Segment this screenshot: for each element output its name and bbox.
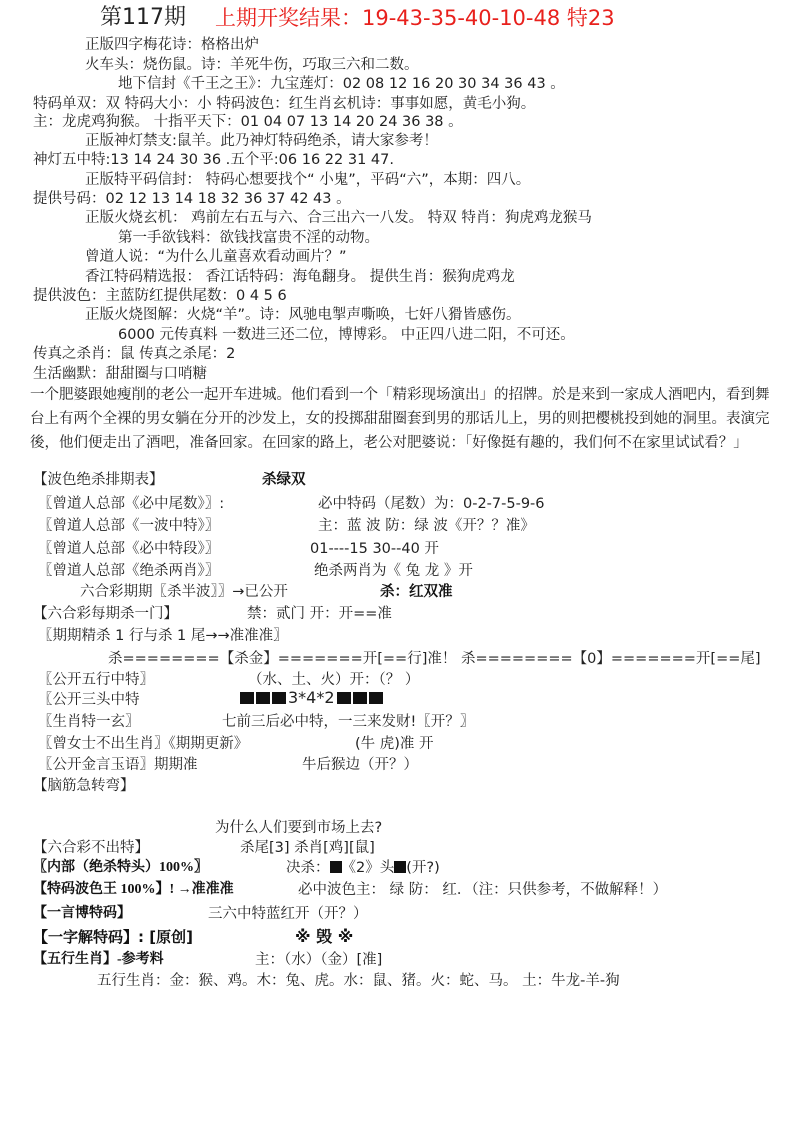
wave-king-value: 必中波色主： 绿 防： 红．（注：只供参考，不做解释！） <box>298 880 667 900</box>
plum-poem: 正版四字梅花诗：格格出炉 <box>85 35 259 55</box>
special-odd-even: 特码单双：双 特码大小：小 特码波色：红生肖玄机诗：事事如愿，黄毛小狗。 <box>33 94 535 114</box>
one-wave-value: 主：蓝 波 防：绿 波《开？？准》 <box>318 516 535 536</box>
one-char-label: 【一字解特码】: [原创] <box>33 927 193 947</box>
inner-value-post: (开?) <box>406 860 440 876</box>
segment-label: 〖曾道人总部《必中特段》〗 <box>38 539 219 559</box>
segment-value: 01----15 30--40 开 <box>310 539 439 559</box>
fire-illustration: 正版火烧图解：火烧“羊”。诗：风驰电掣声嘶唤，七奸八猾皆感伤。 <box>85 305 521 325</box>
wave-kill: 杀绿双 <box>262 470 306 490</box>
kill-banner: 杀========【杀金】=======开[==行]准！ 杀========【0… <box>108 649 761 669</box>
zodiac-label: 〖生肖特一玄〗 <box>38 712 140 732</box>
two-zodiac-value: 绝杀两肖为《 兔 龙 》开 <box>314 561 473 581</box>
kill-row: 〖期期精杀 1 行与杀 1 尾→→准准准〗 <box>38 626 288 646</box>
three-head-value: 3*4*2 <box>288 688 335 707</box>
fire-mystery: 正版火烧玄机： 鸡前左右五与六、合三出六一八发。 特双 特肖：狗虎鸡龙猴马 <box>85 208 592 228</box>
one-word-label: 【一言博特码】 <box>33 904 131 924</box>
humor-story: 一个肥婆跟她瘦削的老公一起开车进城。他们看到一个「精彩现场演出」的招牌。於是来到… <box>30 383 775 455</box>
wuxing-label: 【五行生肖】-参考料 <box>33 950 164 970</box>
humor-title: 生活幽默：甜甜圈与口哨糖 <box>33 364 207 384</box>
wave-table-title: 【波色绝杀排期表】 <box>33 470 164 490</box>
block-icon <box>330 861 342 873</box>
two-zodiac-label: 〖曾道人总部《绝杀两肖》〗 <box>38 561 219 581</box>
half-wave-value: 杀：红双准 <box>380 582 453 602</box>
lady-value: (牛 虎)准 开 <box>355 734 434 754</box>
half-wave-label: 六合彩期期〖杀半波〗〗→已公开 <box>80 582 288 602</box>
provided-wave: 提供波色：主蓝防红提供尾数：0 4 5 6 <box>33 286 287 306</box>
lamp-five: 神灯五中特:13 14 24 30 36 .五个平:06 16 22 31 47… <box>33 150 394 170</box>
kill-door-value: 禁：贰门 开：开==准 <box>247 604 392 624</box>
first-hand: 第一手欲钱料：欲钱找富贵不淫的动物。 <box>118 228 379 248</box>
lady-label: 〖曾女士不出生肖〗《期期更新》 <box>38 734 248 754</box>
last-result: 上期开奖结果：19-43-35-40-10-48 特23 <box>215 3 615 33</box>
wuxing-detail: 五行生肖：金：猴、鸡。木：兔、虎。水：鼠、猪。火：蛇、马。 土：牛龙-羊-狗 <box>97 971 620 991</box>
lamp-ban: 正版神灯禁支:鼠羊。此乃神灯特码绝杀，请大家参考！ <box>85 131 438 151</box>
zeng-says: 曾道人说：“为什么儿童喜欢看动画片？” <box>85 247 347 267</box>
block-icon <box>272 692 286 704</box>
inner-value-mid: 《2》头 <box>342 860 395 876</box>
tail-label: 〖曾道人总部《必中尾数》〗: <box>38 494 224 514</box>
five-element-value: （水、土、火）开：（？ ） <box>248 670 419 690</box>
underground-letter: 地下信封《千王之王》：九宝莲灯：02 08 12 16 20 30 34 36 … <box>118 74 565 94</box>
inner-label: 〖内部（绝杀特头）100%〗 <box>33 858 208 878</box>
issue-number: 第117期 <box>100 3 186 33</box>
three-head-value-wrap: 3*4*2 <box>240 688 385 708</box>
main-zodiac: 主：龙虎鸡狗猴。 十指平天下：01 04 07 13 14 20 24 36 3… <box>33 112 463 132</box>
block-icon <box>337 692 351 704</box>
golden-value: 牛后猴边（开？） <box>302 755 418 775</box>
three-head-label: 〖公开三头中特 <box>38 690 140 710</box>
inner-value-pre: 决杀： <box>286 860 330 876</box>
fax-kill: 传真之杀肖：鼠 传真之杀尾：2 <box>33 344 235 364</box>
block-icon <box>256 692 270 704</box>
brain-title: 【脑筋急转弯】 <box>33 776 135 796</box>
xiangjiang-report: 香江特码精选报： 香江话特码：海龟翻身。 提供生肖：猴狗虎鸡龙 <box>85 267 515 287</box>
wuxing-value: 主：（水）（金）[准] <box>255 950 382 970</box>
block-icon <box>353 692 367 704</box>
kill-door-label: 【六合彩每期杀一门】 <box>33 604 178 624</box>
train-head: 火车头：烧伤鼠。诗：羊死牛伤，巧取三六和二数。 <box>85 55 419 75</box>
one-word-value: 三六中特蓝红开（开？） <box>208 904 368 924</box>
block-icon <box>394 861 406 873</box>
wave-king-label: 【特码波色王 100%】! →准准准 <box>33 880 234 900</box>
five-element-label: 〖公开五行中特〗 <box>38 670 154 690</box>
provided-numbers: 提供号码：02 12 13 14 18 32 36 37 42 43 。 <box>33 189 351 209</box>
no-special-label: 【六合彩不出特】 <box>33 838 149 858</box>
no-special-value: 杀尾[3] 杀肖[鸡][鼠] <box>240 838 375 858</box>
one-char-value: ※ 毁 ※ <box>295 927 353 947</box>
zodiac-value: 七前三后必中特，一三来发财!〖开？〗 <box>222 712 474 732</box>
golden-label: 〖公开金言玉语〗期期准 <box>38 755 198 775</box>
flat-code-letter: 正版特平码信封： 特码心想要找个“ 小鬼”，平码“六”，本期：四八。 <box>85 170 530 190</box>
block-icon <box>369 692 383 704</box>
inner-value-wrap: 决杀：《2》头(开?) <box>286 858 440 878</box>
tail-value: 必中特码（尾数）为：0-2-7-5-9-6 <box>318 494 545 514</box>
fax-material: 6000 元传真料 一数进三还二位，博博彩。 中正四八进二阳，不可还。 <box>118 325 575 345</box>
one-wave-label: 〖曾道人总部《一波中特》〗 <box>38 516 219 536</box>
block-icon <box>240 692 254 704</box>
brain-question: 为什么人们要到市场上去? <box>215 818 382 838</box>
